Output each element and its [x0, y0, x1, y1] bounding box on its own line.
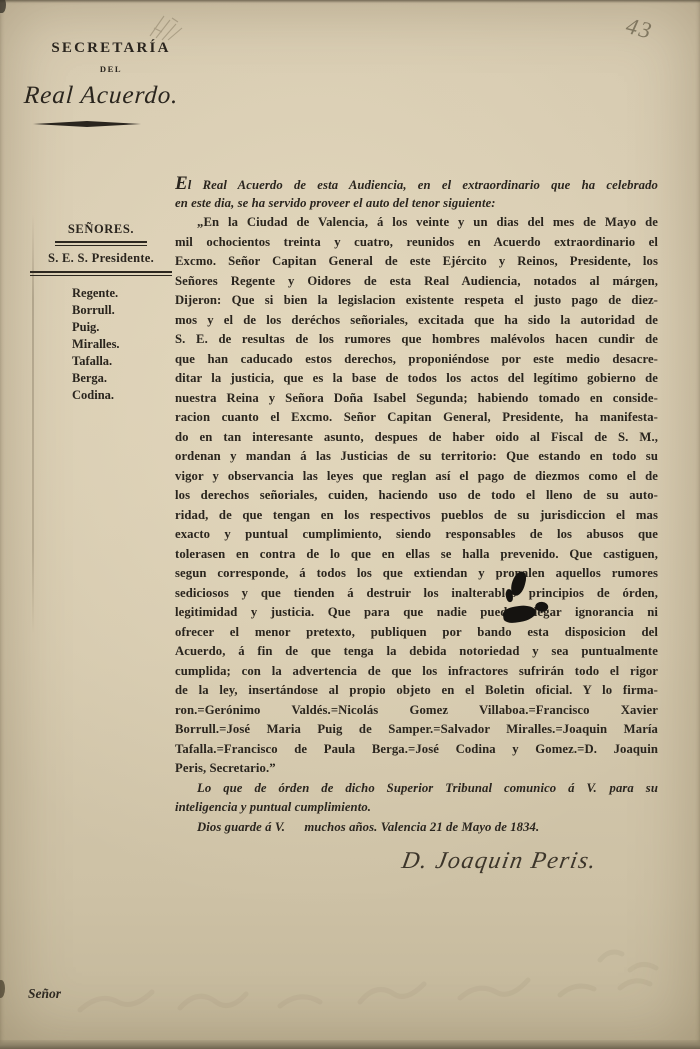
letter-line: Dijeron: Que si bien la legislacion exis…: [175, 291, 658, 311]
letter-line: los derechos señoriales, cuiden, haciend…: [175, 486, 658, 506]
letter-line: ditar la justicia, que es la base de tod…: [175, 369, 658, 389]
attendee-name: Puig.: [30, 319, 172, 336]
letter-line: en este dia, se ha servido proveer el au…: [175, 194, 658, 214]
letterhead-title: SECRETARÍA: [36, 40, 186, 57]
letter-line: S. E. de resultas de los rumores que hom…: [175, 330, 658, 350]
attendee-name: Codina.: [30, 387, 172, 404]
letterhead: SECRETARÍA DEL Real Acuerdo.: [36, 40, 186, 127]
letter-line: nuestra Reina y Señora Doña Isabel Segun…: [175, 389, 658, 409]
double-rule: [55, 241, 147, 246]
letter-line: inteligencia y puntual cumplimiento.: [175, 798, 658, 818]
letter-line: tolerasen en contra de lo que en ellas s…: [175, 545, 658, 565]
attendee-name: Borrull.: [30, 302, 172, 319]
letterhead-subtitle: DEL: [36, 64, 186, 74]
letter-line: Excmo. Señor Capitan General de este Ejé…: [175, 252, 658, 272]
letterhead-office-script: Real Acuerdo.: [23, 82, 187, 110]
letter-line: „En la Ciudad de Valencia, á los veinte …: [175, 213, 658, 233]
swelled-rule: [33, 121, 141, 127]
letter-line: que han caducado estos derechos, proponi…: [175, 350, 658, 370]
margin-attendees: SEÑORES. S. E. S. Presidente. Regente. B…: [30, 222, 172, 404]
page-number-handwritten: 43: [623, 13, 655, 45]
letter-line: Dios guarde á V. muchos años. Valencia 2…: [175, 818, 658, 838]
document-page: 43 SECRETARÍA DEL Real Acuerdo. SEÑORES.…: [0, 0, 700, 1049]
letter-line: Señores Regente y Oidores de esta Real A…: [175, 272, 658, 292]
letter-line: ron.=Gerónimo Valdés.=Nicolás Gomez Vill…: [175, 701, 658, 721]
letter-line: legitimidad y justicia. Que para que nad…: [175, 603, 658, 623]
letter-line: Lo que de órden de dicho Superior Tribun…: [175, 779, 658, 799]
letter-line: mos y el de los deréchos señoriales, exc…: [175, 311, 658, 331]
edge-mark: [0, 980, 5, 998]
letter-line: Acuerdo, á fin de que tenga la debida no…: [175, 642, 658, 662]
attendee-name: Berga.: [30, 370, 172, 387]
letter-line: ofrecer el menor pretexto, publiquen por…: [175, 623, 658, 643]
letter-line: Tafalla.=Francisco de Paula Berga.=José …: [175, 740, 658, 760]
letter-line: cumplida; con la advertencia de que los …: [175, 662, 658, 682]
bleed-through-marks: [60, 940, 700, 1040]
letter-line: racion cuanto el Excmo. Señor Capitan Ge…: [175, 408, 658, 428]
addressee-label: Señor: [28, 986, 61, 1002]
letter-line: Peris, Secretario.”: [175, 759, 658, 779]
edge-mark: [0, 0, 6, 13]
letter-body: El Real Acuerdo de esta Audiencia, en el…: [175, 174, 658, 837]
letter-line: mil ochocientos treinta y cuatro, reunid…: [175, 233, 658, 253]
double-rule: [30, 271, 172, 276]
signature-script: D. Joaquin Peris.: [400, 848, 600, 875]
attendees-heading: SEÑORES.: [30, 222, 172, 237]
letter-line: vigor y observancia las leyes que reglan…: [175, 467, 658, 487]
attendee-name: Miralles.: [30, 336, 172, 353]
president-label: S. E. S. Presidente.: [30, 251, 172, 266]
attendee-name: Tafalla.: [30, 353, 172, 370]
letter-line: segun corresponde, á todos los que extie…: [175, 564, 658, 584]
paper-crease: [32, 214, 34, 634]
letter-line: exacto y puntual cumplimiento, siendo re…: [175, 525, 658, 545]
scan-edge: [0, 1040, 700, 1049]
attendee-name: Regente.: [30, 285, 172, 302]
letter-line: El Real Acuerdo de esta Audiencia, en el…: [175, 174, 658, 194]
letter-line: sediciosos y que tienden á destruir los …: [175, 584, 658, 604]
letter-line: ordenan y mandan á las Justicias de su t…: [175, 447, 658, 467]
letter-line: ridad, de que tengan en los respectivos …: [175, 506, 658, 526]
letter-line: Borrull.=José Maria Puig de Samper.=Salv…: [175, 720, 658, 740]
letter-line: de la ley, insertándose al propio objeto…: [175, 681, 658, 701]
letter-line: do en tan interesante asunto, despues de…: [175, 428, 658, 448]
